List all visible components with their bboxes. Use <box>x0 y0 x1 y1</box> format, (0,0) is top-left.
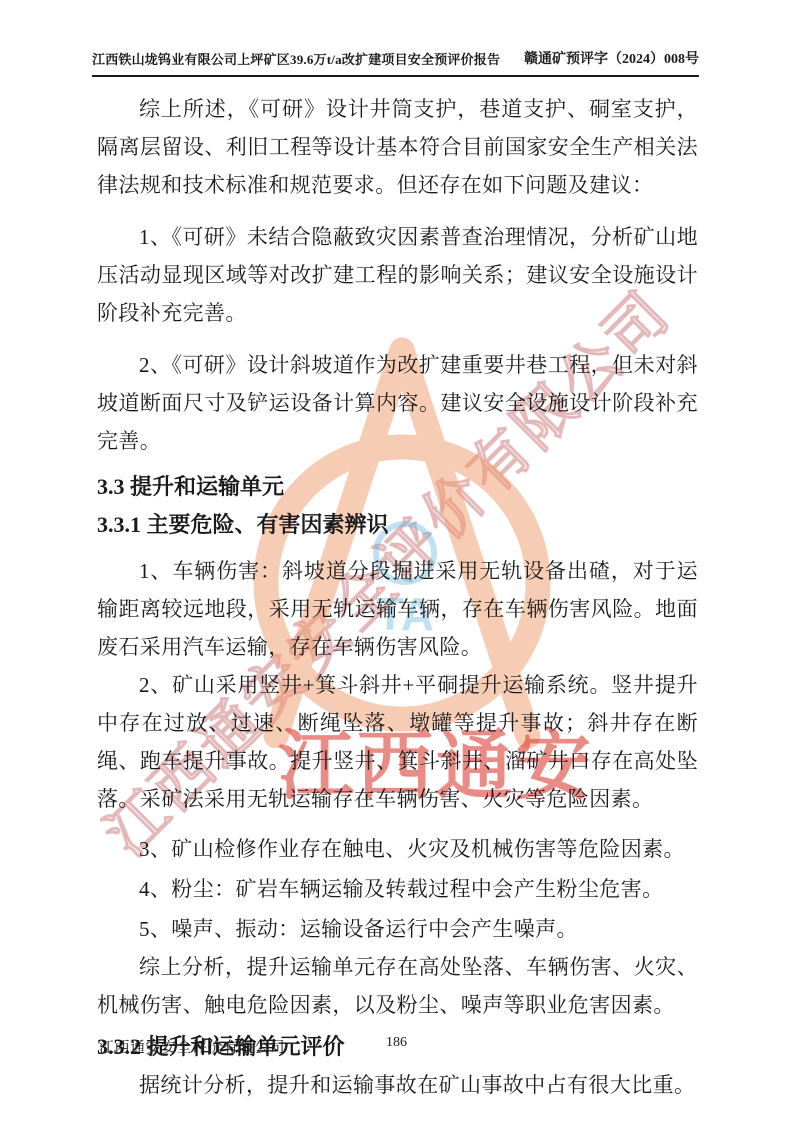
document-page: 江西通安安全评价有限公司 TA 江西通安 江西铁山垅钨业有限公司上坪矿区39.6… <box>0 0 793 1122</box>
section-heading-3-3-1: 3.3.1 主要危险、有害因素辨识 <box>97 506 698 544</box>
report-body: 综上所述，《可研》设计井筒支护，巷道支护、硐室支护，隔离层留设、利旧工程等设计基… <box>97 90 698 1104</box>
paragraph-statistics: 据统计分析，提升和运输事故在矿山事故中占有很大比重。 <box>97 1066 698 1104</box>
paragraph-hazard-2-hoisting: 2、矿山采用竖井+箕斗斜井+平硐提升运输系统。竖井提升中存在过放、过速、断绳坠落… <box>97 666 698 818</box>
paragraph-hazard-3-maintenance: 3、矿山检修作业存在触电、火灾及机械伤害等危险因素。 <box>97 830 698 868</box>
paragraph-hazard-4-dust: 4、粉尘：矿岩车辆运输及转载过程中会产生粉尘危害。 <box>97 870 698 908</box>
report-header: 江西铁山垅钨业有限公司上坪矿区39.6万t/a改扩建项目安全预评价报告 赣通矿预… <box>92 48 699 77</box>
section-heading-3-3: 3.3 提升和运输单元 <box>97 468 698 506</box>
paragraph-hazard-5-noise: 5、噪声、振动：运输设备运行中会产生噪声。 <box>97 910 698 948</box>
paragraph-hazard-summary: 综上分析，提升运输单元存在高处坠落、车辆伤害、火灾、机械伤害、触电危险因素，以及… <box>97 948 698 1024</box>
paragraph-summary-design: 综上所述，《可研》设计井筒支护，巷道支护、硐室支护，隔离层留设、利旧工程等设计基… <box>97 90 698 204</box>
paragraph-hazard-1-vehicle: 1、车辆伤害：斜坡道分段掘进采用无轨设备出碴，对于运输距离较远地段，采用无轨运输… <box>97 552 698 666</box>
paragraph-issue-2: 2、《可研》设计斜坡道作为改扩建重要井巷工程，但未对斜坡道断面尺寸及铲运设备计算… <box>97 346 698 460</box>
paragraph-issue-1: 1、《可研》未结合隐蔽致灾因素普查治理情况，分析矿山地压活动显现区域等对改扩建工… <box>97 218 698 332</box>
header-report-title: 江西铁山垅钨业有限公司上坪矿区39.6万t/a改扩建项目安全预评价报告 <box>92 49 500 68</box>
page-number: 186 <box>0 1035 793 1051</box>
header-doc-number: 赣通矿预评字（2024）008号 <box>524 48 699 68</box>
